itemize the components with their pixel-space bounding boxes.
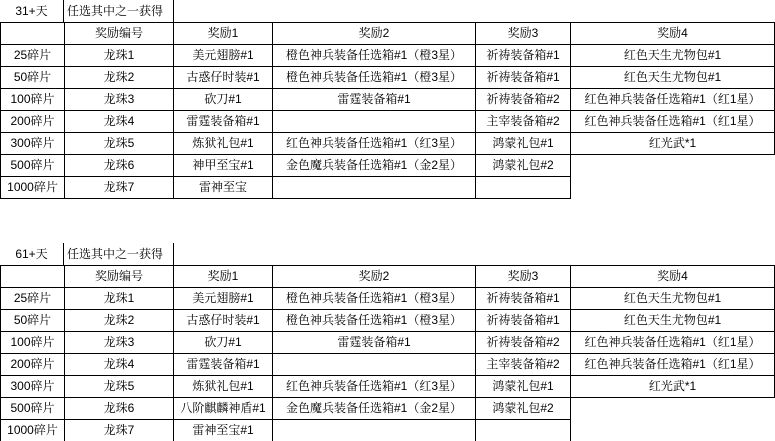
cell: 龙珠4 (65, 111, 174, 133)
cell: 金色魔兵装备任选箱#1（金2星） (273, 155, 476, 177)
cell: 鸿蒙礼包#2 (476, 155, 571, 177)
cell: 500碎片 (1, 155, 65, 177)
cell: 主宰装备箱#2 (476, 111, 571, 133)
cell: 龙珠6 (65, 155, 174, 177)
cell: 龙珠5 (65, 376, 174, 398)
header-cell: 奖励4 (571, 23, 775, 45)
cell-outside-range (571, 177, 775, 199)
cell: 红光武*1 (571, 133, 775, 155)
header-cell: 奖励编号 (65, 266, 174, 288)
table2-note-label: 任选其中之一获得 (64, 243, 174, 265)
table1-days-label: 31+天 (0, 0, 64, 22)
cell: 50碎片 (1, 310, 65, 332)
cell: 龙珠4 (65, 354, 174, 376)
rewards-table-31-days: 奖励编号 奖励1 奖励2 奖励3 奖励4 25碎片 龙珠1 美元翅膀#1 橙色神… (0, 22, 775, 199)
cell: 红色天生尤物包#1 (571, 288, 775, 310)
tables-gap (0, 199, 775, 243)
table-row: 25碎片 龙珠1 美元翅膀#1 橙色神兵装备任选箱#1（橙3星） 祈祷装备箱#1… (1, 45, 775, 67)
cell: 红色神兵装备任选箱#1（红1星） (571, 354, 775, 376)
cell: 红色神兵装备任选箱#1（红1星） (571, 89, 775, 111)
table1-note-label: 任选其中之一获得 (64, 0, 174, 22)
cell: 祈祷装备箱#1 (476, 310, 571, 332)
cell: 红色天生尤物包#1 (571, 45, 775, 67)
table-row: 100碎片 龙珠3 砍刀#1 雷霆装备箱#1 祈祷装备箱#2 红色神兵装备任选箱… (1, 89, 775, 111)
cell: 1000碎片 (1, 177, 65, 199)
table-row: 500碎片 龙珠6 神甲至宝#1 金色魔兵装备任选箱#1（金2星） 鸿蒙礼包#2 (1, 155, 775, 177)
cell (273, 111, 476, 133)
cell: 300碎片 (1, 376, 65, 398)
cell: 红色神兵装备任选箱#1（红3星） (273, 133, 476, 155)
header-cell (1, 23, 65, 45)
cell: 25碎片 (1, 288, 65, 310)
cell: 龙珠5 (65, 133, 174, 155)
cell: 雷神至宝 (174, 177, 273, 199)
cell: 红色神兵装备任选箱#1（红1星） (571, 332, 775, 354)
cell: 橙色神兵装备任选箱#1（橙3星） (273, 45, 476, 67)
cell: 100碎片 (1, 332, 65, 354)
cell (476, 420, 571, 441)
cell: 龙珠2 (65, 67, 174, 89)
cell: 鸿蒙礼包#1 (476, 376, 571, 398)
cell (476, 177, 571, 199)
cell: 橙色神兵装备任选箱#1（橙3星） (273, 310, 476, 332)
cell: 红光武*1 (571, 376, 775, 398)
cell: 雷霆装备箱#1 (174, 111, 273, 133)
cell: 橙色神兵装备任选箱#1（橙3星） (273, 288, 476, 310)
cell: 美元翅膀#1 (174, 288, 273, 310)
table-row: 300碎片 龙珠5 炼狱礼包#1 红色神兵装备任选箱#1（红3星） 鸿蒙礼包#1… (1, 376, 775, 398)
cell: 鸿蒙礼包#2 (476, 398, 571, 420)
cell-outside-range (571, 398, 775, 420)
cell-outside-range (571, 420, 775, 441)
cell: 神甲至宝#1 (174, 155, 273, 177)
header-cell: 奖励1 (174, 266, 273, 288)
cell: 200碎片 (1, 354, 65, 376)
cell: 1000碎片 (1, 420, 65, 441)
header-cell: 奖励3 (476, 266, 571, 288)
table-row: 1000碎片 龙珠7 雷神至宝 (1, 177, 775, 199)
cell: 祈祷装备箱#2 (476, 89, 571, 111)
cell: 炼狱礼包#1 (174, 133, 273, 155)
rewards-table-61-days: 奖励编号 奖励1 奖励2 奖励3 奖励4 25碎片 龙珠1 美元翅膀#1 橙色神… (0, 265, 775, 441)
cell: 雷霆装备箱#1 (174, 354, 273, 376)
cell (273, 420, 476, 441)
header-row: 奖励编号 奖励1 奖励2 奖励3 奖励4 (1, 266, 775, 288)
cell: 主宰装备箱#2 (476, 354, 571, 376)
cell: 雷霆装备箱#1 (273, 332, 476, 354)
cell: 古惑仔时装#1 (174, 67, 273, 89)
cell: 龙珠6 (65, 398, 174, 420)
cell: 美元翅膀#1 (174, 45, 273, 67)
table-row: 1000碎片 龙珠7 雷神至宝#1 (1, 420, 775, 441)
header-cell: 奖励2 (273, 23, 476, 45)
cell: 橙色神兵装备任选箱#1（橙3星） (273, 67, 476, 89)
table-row: 500碎片 龙珠6 八阶麒麟神盾#1 金色魔兵装备任选箱#1（金2星） 鸿蒙礼包… (1, 398, 775, 420)
table1-caption-row: 31+天 任选其中之一获得 (0, 0, 775, 22)
cell: 200碎片 (1, 111, 65, 133)
cell: 100碎片 (1, 89, 65, 111)
cell: 祈祷装备箱#1 (476, 45, 571, 67)
cell: 龙珠1 (65, 288, 174, 310)
cell: 红色天生尤物包#1 (571, 67, 775, 89)
cell: 红色神兵装备任选箱#1（红1星） (571, 111, 775, 133)
cell (273, 354, 476, 376)
cell: 祈祷装备箱#1 (476, 67, 571, 89)
header-cell: 奖励2 (273, 266, 476, 288)
table-row: 25碎片 龙珠1 美元翅膀#1 橙色神兵装备任选箱#1（橙3星） 祈祷装备箱#1… (1, 288, 775, 310)
cell: 祈祷装备箱#2 (476, 332, 571, 354)
cell-outside-range (571, 155, 775, 177)
header-cell (1, 266, 65, 288)
cell: 金色魔兵装备任选箱#1（金2星） (273, 398, 476, 420)
cell: 祈祷装备箱#1 (476, 288, 571, 310)
cell: 八阶麒麟神盾#1 (174, 398, 273, 420)
cell: 鸿蒙礼包#1 (476, 133, 571, 155)
cell: 龙珠3 (65, 89, 174, 111)
cell: 25碎片 (1, 45, 65, 67)
cell (273, 177, 476, 199)
cell: 龙珠3 (65, 332, 174, 354)
cell: 红色神兵装备任选箱#1（红3星） (273, 376, 476, 398)
cell: 龙珠7 (65, 177, 174, 199)
table-row: 50碎片 龙珠2 古惑仔时装#1 橙色神兵装备任选箱#1（橙3星） 祈祷装备箱#… (1, 310, 775, 332)
cell: 古惑仔时装#1 (174, 310, 273, 332)
table-row: 200碎片 龙珠4 雷霆装备箱#1 主宰装备箱#2 红色神兵装备任选箱#1（红1… (1, 111, 775, 133)
cell: 砍刀#1 (174, 89, 273, 111)
header-cell: 奖励编号 (65, 23, 174, 45)
cell: 砍刀#1 (174, 332, 273, 354)
table-row: 300碎片 龙珠5 炼狱礼包#1 红色神兵装备任选箱#1（红3星） 鸿蒙礼包#1… (1, 133, 775, 155)
cell: 雷神至宝#1 (174, 420, 273, 441)
table-row: 50碎片 龙珠2 古惑仔时装#1 橙色神兵装备任选箱#1（橙3星） 祈祷装备箱#… (1, 67, 775, 89)
cell: 50碎片 (1, 67, 65, 89)
cell: 炼狱礼包#1 (174, 376, 273, 398)
cell: 300碎片 (1, 133, 65, 155)
table2-days-label: 61+天 (0, 243, 64, 265)
cell: 500碎片 (1, 398, 65, 420)
cell: 龙珠2 (65, 310, 174, 332)
header-cell: 奖励4 (571, 266, 775, 288)
cell: 雷霆装备箱#1 (273, 89, 476, 111)
cell: 龙珠7 (65, 420, 174, 441)
table2-caption-row: 61+天 任选其中之一获得 (0, 243, 775, 265)
table-row: 100碎片 龙珠3 砍刀#1 雷霆装备箱#1 祈祷装备箱#2 红色神兵装备任选箱… (1, 332, 775, 354)
header-row: 奖励编号 奖励1 奖励2 奖励3 奖励4 (1, 23, 775, 45)
table-row: 200碎片 龙珠4 雷霆装备箱#1 主宰装备箱#2 红色神兵装备任选箱#1（红1… (1, 354, 775, 376)
header-cell: 奖励3 (476, 23, 571, 45)
header-cell: 奖励1 (174, 23, 273, 45)
cell: 红色天生尤物包#1 (571, 310, 775, 332)
cell: 龙珠1 (65, 45, 174, 67)
